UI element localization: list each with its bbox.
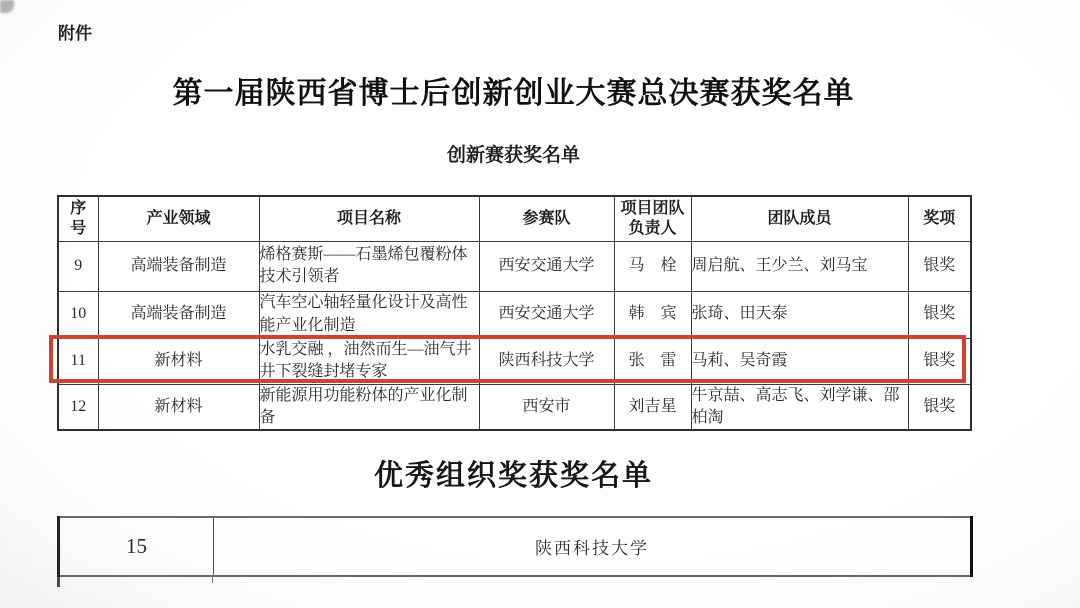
cell-team: 西安交通大学	[479, 241, 614, 291]
cell-leader: 刘吉星	[614, 384, 691, 430]
cell-leader: 韩 宾	[614, 291, 691, 338]
cell-team: 西安交通大学	[479, 291, 614, 338]
main-title: 第一届陕西省博士后创新创业大赛总决赛获奖名单	[57, 68, 970, 112]
cell-industry: 高端装备制造	[98, 291, 259, 338]
cell-project: 烯格赛斯——石墨烯包覆粉体技术引领者	[259, 241, 479, 291]
cell-leader: 张 雷	[614, 338, 691, 384]
cell-leader: 马 栓	[614, 241, 691, 291]
cell-index: 11	[58, 338, 98, 384]
cell-award: 银奖	[908, 384, 971, 430]
table-row-9: 9 高端装备制造 烯格赛斯——石墨烯包覆粉体技术引领者 西安交通大学 马 栓 周…	[58, 241, 971, 291]
header-row: 序号 产业领域 项目名称 参赛队 项目团队负责人 团队成员 奖项	[58, 196, 971, 241]
cell-index: 15	[59, 517, 214, 576]
cell-index: 9	[58, 241, 98, 291]
table-continuation-line	[57, 577, 60, 587]
cell-index: 10	[58, 291, 98, 338]
cell-index: 12	[58, 384, 98, 430]
cell-project: 汽车空心轴轻量化设计及高性能产业化制造	[259, 291, 479, 338]
org-table-row-15: 15 陕西科技大学	[59, 517, 972, 576]
document-page: 附件 第一届陕西省博士后创新创业大赛总决赛获奖名单 创新赛获奖名单 序号 产业领…	[0, 0, 1080, 608]
cell-team: 陕西科技大学	[479, 338, 614, 384]
cell-industry: 新材料	[98, 338, 259, 384]
cell-members: 张琦、田天泰	[691, 291, 908, 338]
cell-industry: 高端装备制造	[98, 241, 259, 291]
col-header-project: 项目名称	[259, 196, 479, 241]
photo-corner-shadow	[0, 0, 14, 13]
cell-award: 银奖	[908, 291, 971, 338]
cell-members: 周启航、王少兰、刘马宝	[691, 241, 908, 291]
col-header-industry: 产业领域	[98, 196, 259, 241]
table-row-11-highlighted: 11 新材料 水乳交融 ，油然而生—油气井井下裂缝封堵专家 陕西科技大学 张 雷…	[58, 338, 971, 384]
cell-org-name: 陕西科技大学	[214, 517, 972, 576]
cell-project: 水乳交融 ，油然而生—油气井井下裂缝封堵专家	[259, 338, 479, 384]
col-header-members: 团队成员	[691, 196, 908, 241]
cell-members: 马莉、吴奇霞	[691, 338, 908, 384]
org-awards-table: 15 陕西科技大学	[57, 516, 973, 577]
col-header-team: 参赛队	[479, 196, 614, 241]
innovation-section-title: 创新赛获奖名单	[57, 140, 970, 167]
innovation-awards-table: 序号 产业领域 项目名称 参赛队 项目团队负责人 团队成员 奖项 9 高端装备制…	[57, 195, 972, 431]
org-section-title: 优秀组织奖获奖名单	[57, 453, 970, 494]
col-header-award: 奖项	[908, 196, 971, 241]
cell-award: 银奖	[908, 241, 971, 291]
col-header-leader: 项目团队负责人	[614, 196, 691, 241]
table-row-12: 12 新材料 新能源用功能粉体的产业化制备 西安市 刘吉星 牛京喆、高志飞、刘学…	[58, 384, 971, 430]
attachment-label: 附件	[58, 19, 92, 44]
cell-award: 银奖	[908, 338, 971, 384]
cell-team: 西安市	[479, 384, 614, 430]
table-row-10: 10 高端装备制造 汽车空心轴轻量化设计及高性能产业化制造 西安交通大学 韩 宾…	[58, 291, 971, 338]
table-continuation-line	[212, 577, 213, 583]
cell-industry: 新材料	[98, 384, 259, 430]
cell-members: 牛京喆、高志飞、刘学谦、邵柏淘	[691, 384, 908, 430]
col-header-index: 序号	[58, 196, 98, 241]
cell-project: 新能源用功能粉体的产业化制备	[259, 384, 479, 430]
